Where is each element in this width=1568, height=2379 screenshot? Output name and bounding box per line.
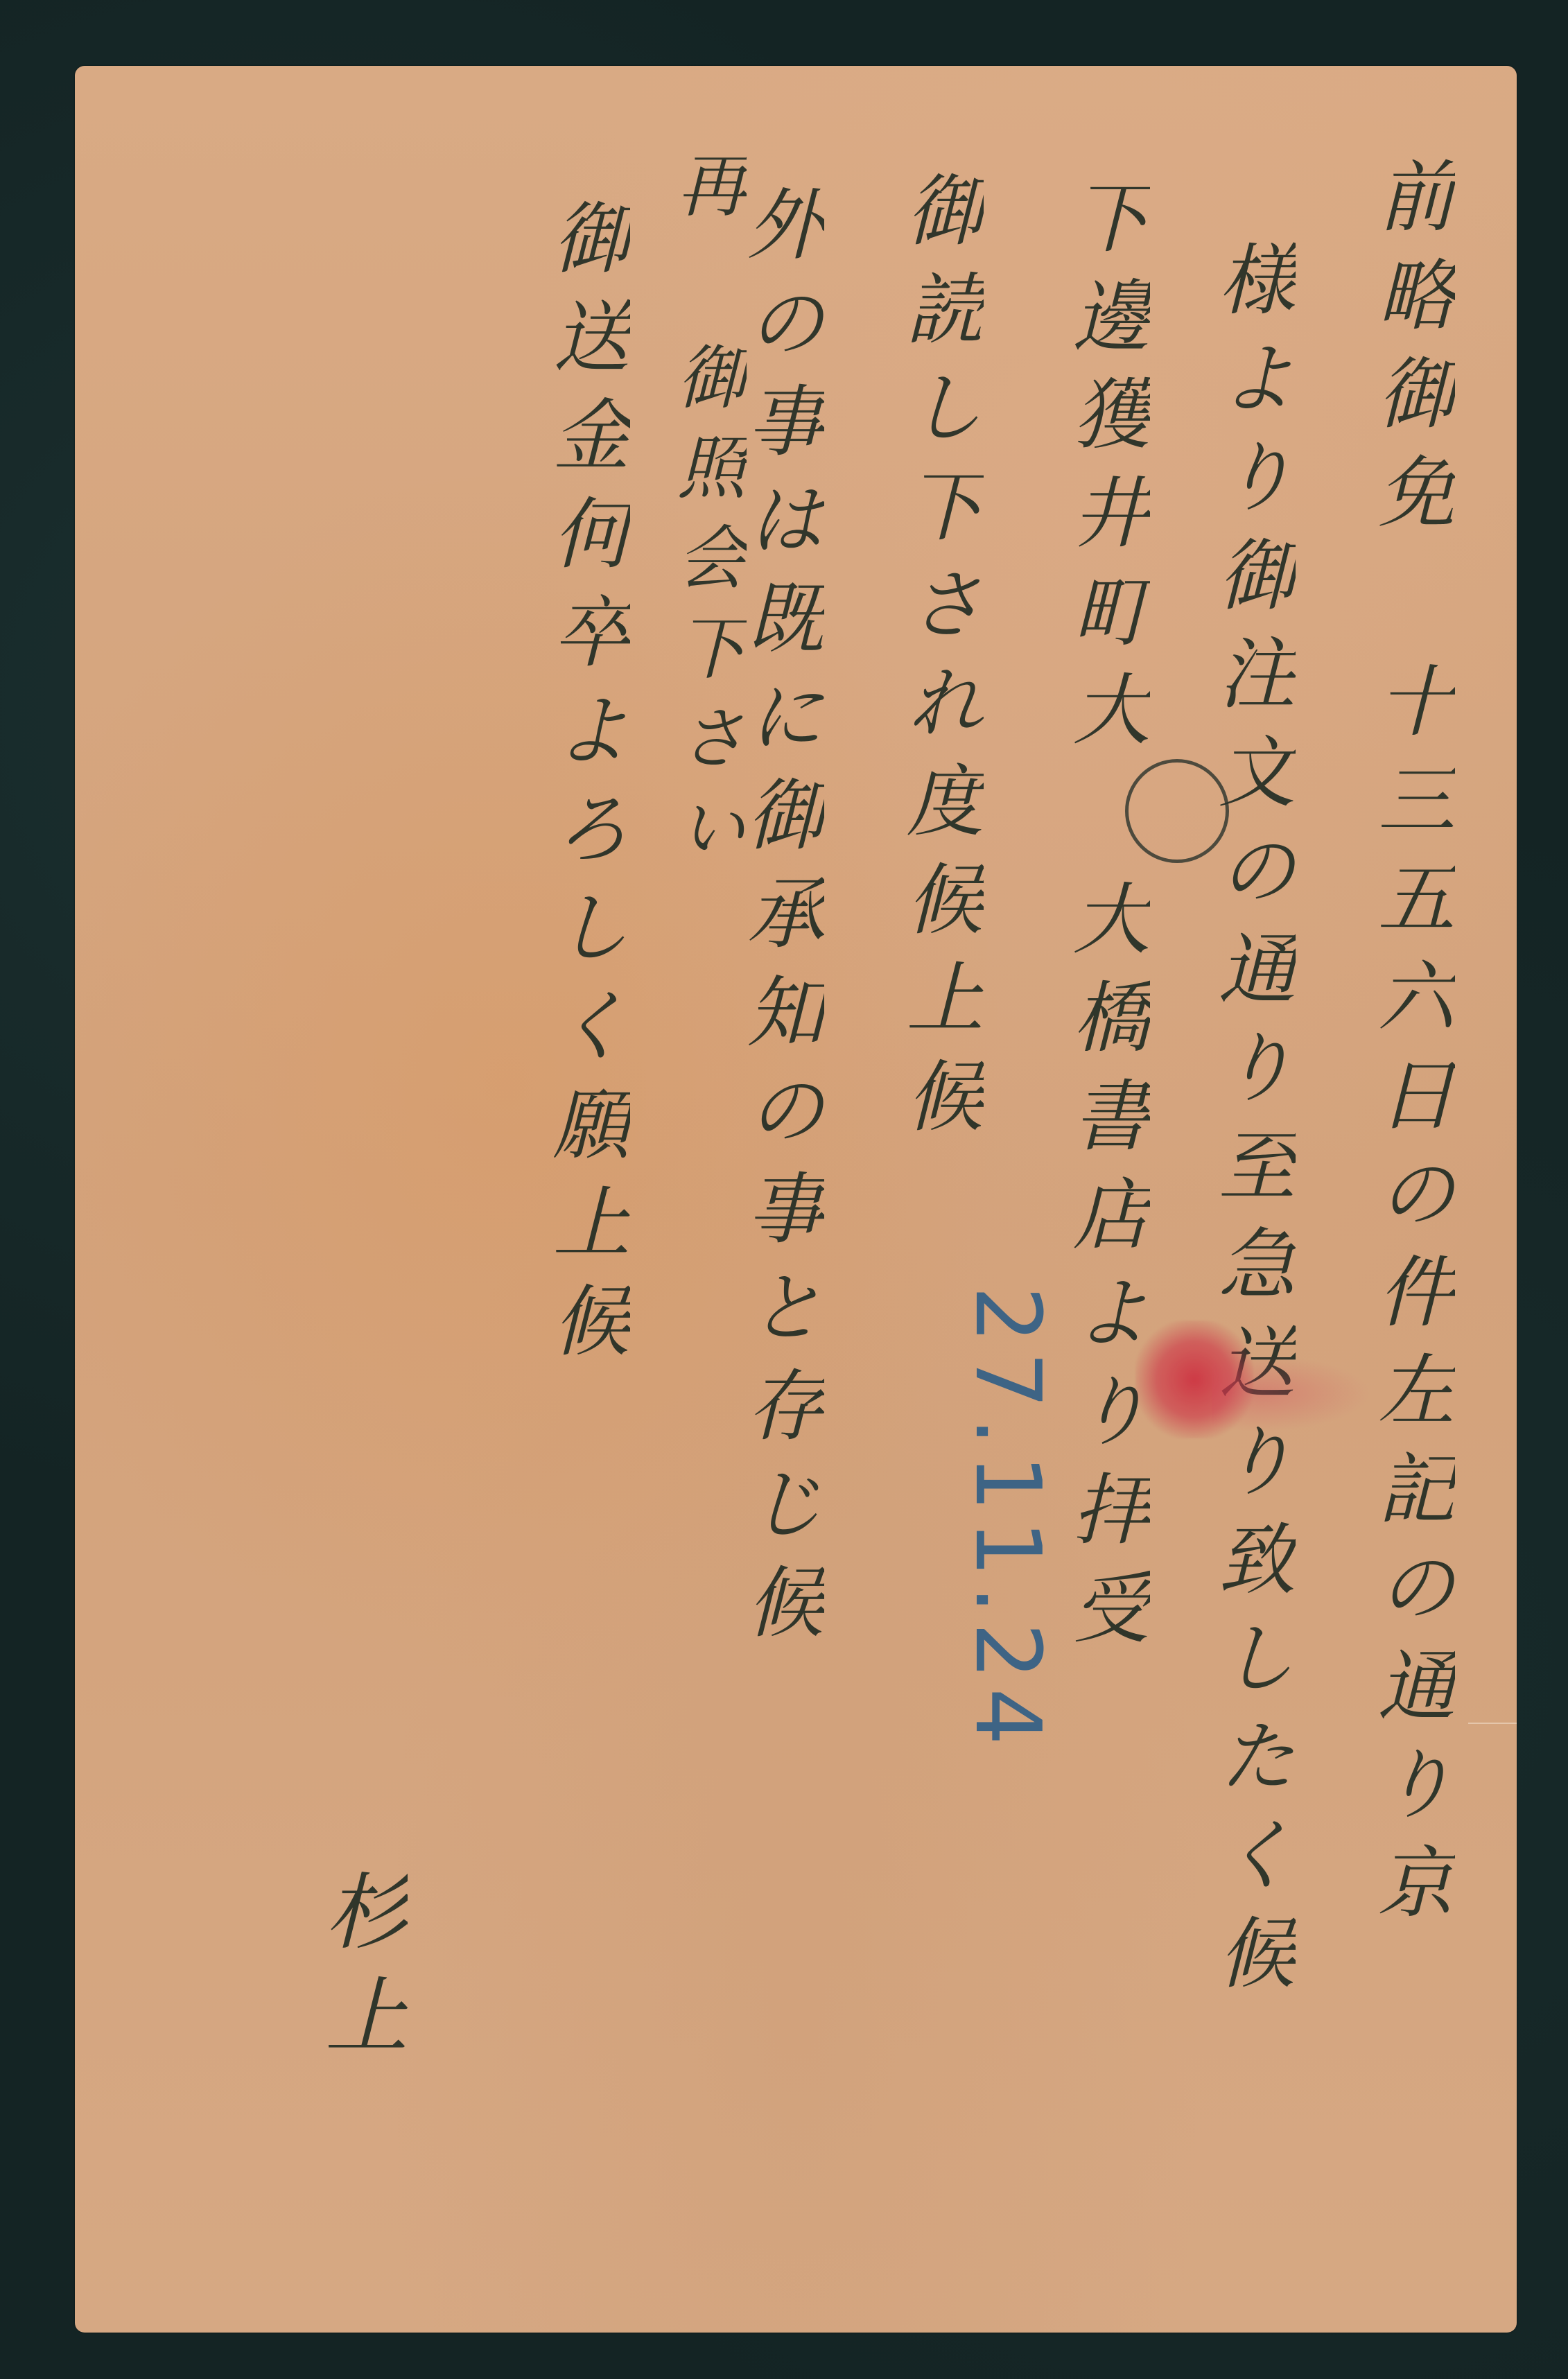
text-column-3: 下邊獲井町大 大橋書店より拝受: [1066, 177, 1144, 1666]
signature: 杉上: [317, 1868, 401, 2076]
text-column-1: 前略御免 十三五六日の件左記の通り京: [1371, 156, 1449, 1940]
edge-crease: [1468, 1723, 1517, 1724]
date-stamp: 27.11.24: [955, 1286, 1061, 1754]
text-column-6: 御送金何卒よろしく願上候: [546, 198, 624, 1379]
text-column-5: 外の事は既に御承知の事と存じ候: [740, 184, 818, 1660]
text-column-7: 再 御照会下さい: [671, 149, 740, 882]
postcard: 前略御免 十三五六日の件左記の通り京 様より御注文の通り至急送り致したく候 下邊…: [75, 66, 1517, 2333]
circled-character-mark: [1125, 759, 1229, 863]
red-seal-trail: [1212, 1355, 1371, 1431]
text-column-2: 様より御注文の通り至急送り致したく候: [1212, 239, 1289, 2011]
text-column-4: 御読し下され度候上候: [900, 170, 977, 1154]
